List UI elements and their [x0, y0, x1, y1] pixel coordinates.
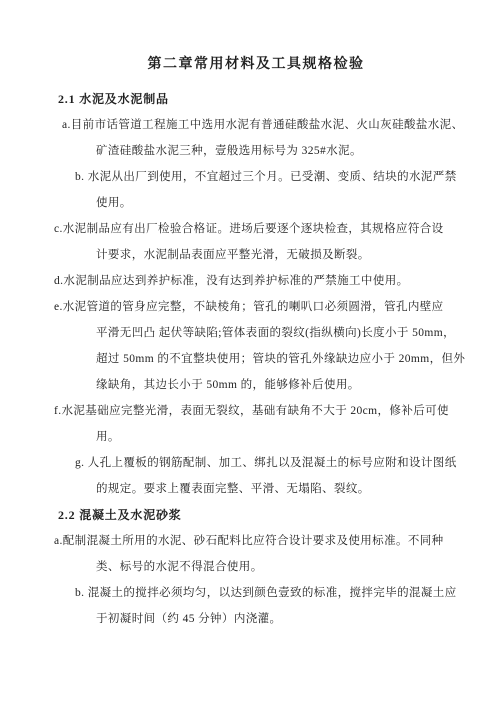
document-page: 第二章常用材料及工具规格检验 2.1 水泥及水泥制品 a.目前市话管道工程施工中…	[0, 0, 496, 701]
doc-line: 矿渣硅酸盐水泥三种，壹般选用标号为 325#水泥。	[54, 138, 458, 164]
doc-line: 的规定。要求上覆表面完整、平滑、无塌陷、裂纹。	[54, 476, 458, 502]
doc-line: e.水泥管道的管身应完整，不缺棱角；管孔的喇叭口必须圆滑，管孔内壁应	[54, 294, 458, 320]
doc-line: b. 混凝土的搅拌必须均匀，以达到颜色壹致的标准，搅拌完毕的混凝土应	[54, 580, 458, 606]
doc-line: 平滑无凹凸 起伏等缺陷;管体表面的裂纹(指纵横向)长度小于 50mm，	[54, 320, 458, 346]
doc-line: b. 水泥从出厂到使用，不宜超过三个月。已受潮、变质、结块的水泥严禁	[54, 164, 458, 190]
doc-line: g. 人孔上覆板的钢筋配制、加工、绑扎以及混凝土的标号应附和设计图纸	[54, 450, 458, 476]
section-heading-2-2: 2.2 混凝土及水泥砂浆	[54, 502, 458, 528]
doc-line: 使用。	[54, 190, 458, 216]
doc-line: 于初凝时间（约 45 分钟）内浇灌。	[54, 606, 458, 632]
doc-line: 类、标号的水泥不得混合使用。	[54, 554, 458, 580]
doc-line: a.配制混凝土所用的水泥、砂石配料比应符合设计要求及使用标准。不同种	[54, 528, 458, 554]
doc-line: a.目前市话管道工程施工中选用水泥有普通硅酸盐水泥、火山灰硅酸盐水泥、	[54, 112, 458, 138]
doc-line: 用。	[54, 424, 458, 450]
doc-line: 超过 50mm 的不宜整块使用；管块的管孔外缘缺边应小于 20mm，但外	[54, 346, 458, 372]
doc-line: c.水泥制品应有出厂检验合格证。进场后要逐个逐块检查，其规格应符合设	[54, 216, 458, 242]
doc-line: f.水泥基础应完整光滑，表面无裂纹，基础有缺角不大于 20cm，修补后可使	[54, 398, 458, 424]
section-heading-2-1: 2.1 水泥及水泥制品	[54, 86, 458, 112]
doc-line: 缘缺角，其边长小于 50mm 的，能够修补后使用。	[54, 372, 458, 398]
doc-line: d.水泥制品应达到养护标准，没有达到养护标准的严禁施工中使用。	[54, 268, 458, 294]
doc-line: 计要求，水泥制品表面应平整光滑，无破损及断裂。	[54, 242, 458, 268]
chapter-title: 第二章常用材料及工具规格检验	[54, 50, 458, 80]
